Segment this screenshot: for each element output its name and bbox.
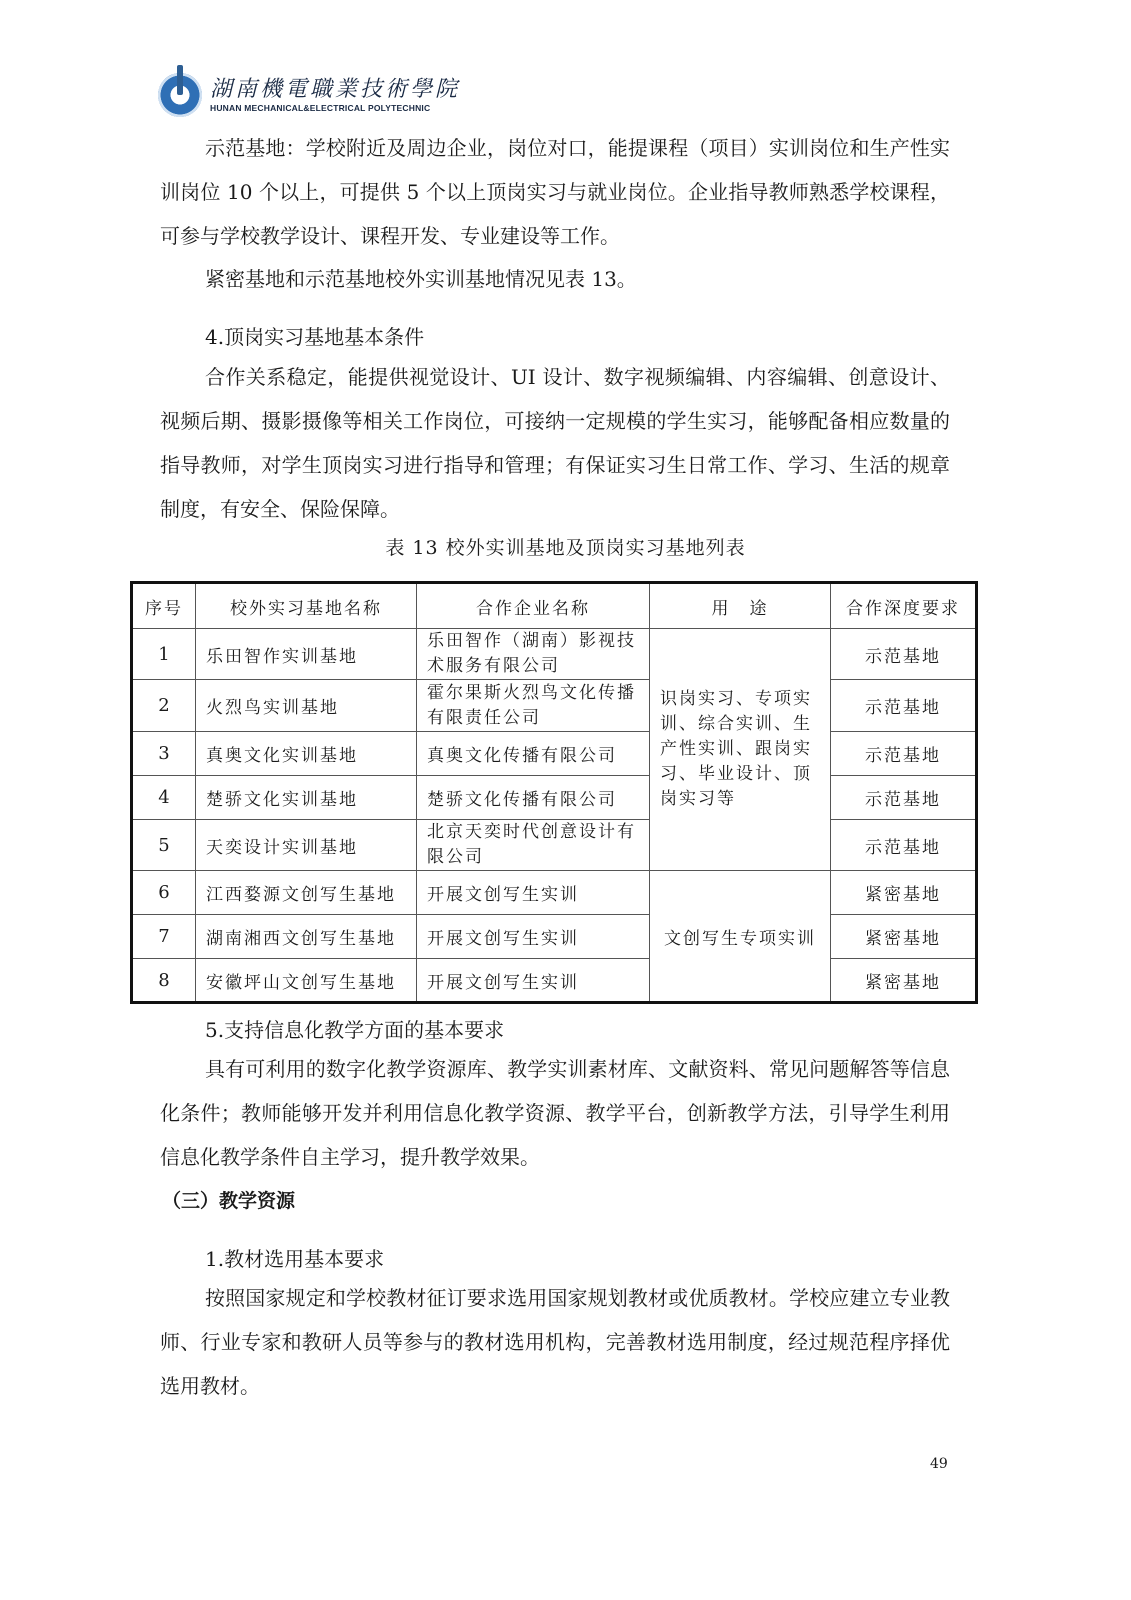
cell-no: 3 bbox=[132, 732, 196, 776]
cell-base: 楚骄文化实训基地 bbox=[196, 776, 417, 820]
heading-textbook-selection: 1.教材选用基本要求 bbox=[205, 1243, 384, 1272]
cell-depth: 示范基地 bbox=[831, 629, 977, 680]
table-row: 8 安徽坪山文创写生基地 开展文创写生实训 紧密基地 bbox=[132, 959, 977, 1003]
cell-usage-group1: 识岗实习、专项实训、综合实训、生产性实训、跟岗实习、毕业设计、顶岗实习等 bbox=[650, 629, 831, 871]
college-emblem-icon bbox=[158, 73, 202, 117]
cell-no: 1 bbox=[132, 629, 196, 680]
cell-company: 楚骄文化传播有限公司 bbox=[417, 776, 650, 820]
cell-no: 5 bbox=[132, 820, 196, 871]
cell-company: 开展文创写生实训 bbox=[417, 915, 650, 959]
cell-no: 2 bbox=[132, 680, 196, 732]
cell-company: 开展文创写生实训 bbox=[417, 959, 650, 1003]
cell-depth: 示范基地 bbox=[831, 820, 977, 871]
cell-base: 乐田智作实训基地 bbox=[196, 629, 417, 680]
paragraph-textbook-selection: 按照国家规定和学校教材征订要求选用国家规划教材或优质教材。学校应建立专业教师、行… bbox=[160, 1276, 950, 1408]
table-row: 3 真奥文化实训基地 真奥文化传播有限公司 示范基地 bbox=[132, 732, 977, 776]
paragraph-it-teaching: 具有可利用的数字化教学资源库、教学实训素材库、文献资料、常见问题解答等信息化条件… bbox=[160, 1047, 950, 1179]
table-header-row: 序号 校外实习基地名称 合作企业名称 用 途 合作深度要求 bbox=[132, 583, 977, 629]
heading-it-teaching: 5.支持信息化教学方面的基本要求 bbox=[205, 1014, 504, 1043]
col-header-usage: 用 途 bbox=[650, 583, 831, 629]
cell-company: 北京天奕时代创意设计有限公司 bbox=[417, 820, 650, 871]
cell-base: 天奕设计实训基地 bbox=[196, 820, 417, 871]
cell-no: 6 bbox=[132, 871, 196, 915]
cell-company: 霍尔果斯火烈鸟文化传播有限责任公司 bbox=[417, 680, 650, 732]
paragraph-demo-base: 示范基地：学校附近及周边企业，岗位对口，能提课程（项目）实训岗位和生产性实训岗位… bbox=[160, 126, 950, 258]
table-row: 4 楚骄文化实训基地 楚骄文化传播有限公司 示范基地 bbox=[132, 776, 977, 820]
cell-depth: 示范基地 bbox=[831, 680, 977, 732]
col-header-depth: 合作深度要求 bbox=[831, 583, 977, 629]
cell-no: 7 bbox=[132, 915, 196, 959]
training-base-table: 序号 校外实习基地名称 合作企业名称 用 途 合作深度要求 1 乐田智作实训基地… bbox=[130, 581, 978, 1004]
paragraph-internship-conditions: 合作关系稳定，能提供视觉设计、UI 设计、数字视频编辑、内容编辑、创意设计、视频… bbox=[160, 355, 950, 531]
table-row: 7 湖南湘西文创写生基地 开展文创写生实训 紧密基地 bbox=[132, 915, 977, 959]
cell-base: 火烈鸟实训基地 bbox=[196, 680, 417, 732]
cell-company: 真奥文化传播有限公司 bbox=[417, 732, 650, 776]
table-caption: 表 13 校外实训基地及顶岗实习基地列表 bbox=[0, 533, 1131, 560]
cell-base: 安徽坪山文创写生基地 bbox=[196, 959, 417, 1003]
col-header-no: 序号 bbox=[132, 583, 196, 629]
table-row: 2 火烈鸟实训基地 霍尔果斯火烈鸟文化传播有限责任公司 示范基地 bbox=[132, 680, 977, 732]
cell-company: 乐田智作（湖南）影视技术服务有限公司 bbox=[417, 629, 650, 680]
heading-internship-conditions: 4.顶岗实习基地基本条件 bbox=[205, 321, 424, 350]
cell-base: 江西婺源文创写生基地 bbox=[196, 871, 417, 915]
table-row: 5 天奕设计实训基地 北京天奕时代创意设计有限公司 示范基地 bbox=[132, 820, 977, 871]
page-number: 49 bbox=[930, 1456, 948, 1472]
cell-depth: 紧密基地 bbox=[831, 915, 977, 959]
school-name-en: HUNAN MECHANICAL&ELECTRICAL POLYTECHNIC bbox=[210, 103, 460, 113]
cell-base: 湖南湘西文创写生基地 bbox=[196, 915, 417, 959]
cell-company: 开展文创写生实训 bbox=[417, 871, 650, 915]
cell-depth: 示范基地 bbox=[831, 776, 977, 820]
cell-depth: 紧密基地 bbox=[831, 871, 977, 915]
cell-depth: 示范基地 bbox=[831, 732, 977, 776]
table-row: 1 乐田智作实训基地 乐田智作（湖南）影视技术服务有限公司 识岗实习、专项实训、… bbox=[132, 629, 977, 680]
cell-base: 真奥文化实训基地 bbox=[196, 732, 417, 776]
cell-no: 8 bbox=[132, 959, 196, 1003]
school-name-cn: 湖南機電職業技術學院 bbox=[210, 77, 460, 103]
table-row: 6 江西婺源文创写生基地 开展文创写生实训 文创写生专项实训 紧密基地 bbox=[132, 871, 977, 915]
cell-no: 4 bbox=[132, 776, 196, 820]
cell-depth: 紧密基地 bbox=[831, 959, 977, 1003]
col-header-base-name: 校外实习基地名称 bbox=[196, 583, 417, 629]
paragraph-table-reference: 紧密基地和示范基地校外实训基地情况见表 13。 bbox=[160, 257, 950, 301]
heading-teaching-resources: （三）教学资源 bbox=[162, 1186, 295, 1213]
col-header-company: 合作企业名称 bbox=[417, 583, 650, 629]
document-header: 湖南機電職業技術學院 HUNAN MECHANICAL&ELECTRICAL P… bbox=[158, 70, 460, 120]
cell-usage-group2: 文创写生专项实训 bbox=[650, 871, 831, 1003]
